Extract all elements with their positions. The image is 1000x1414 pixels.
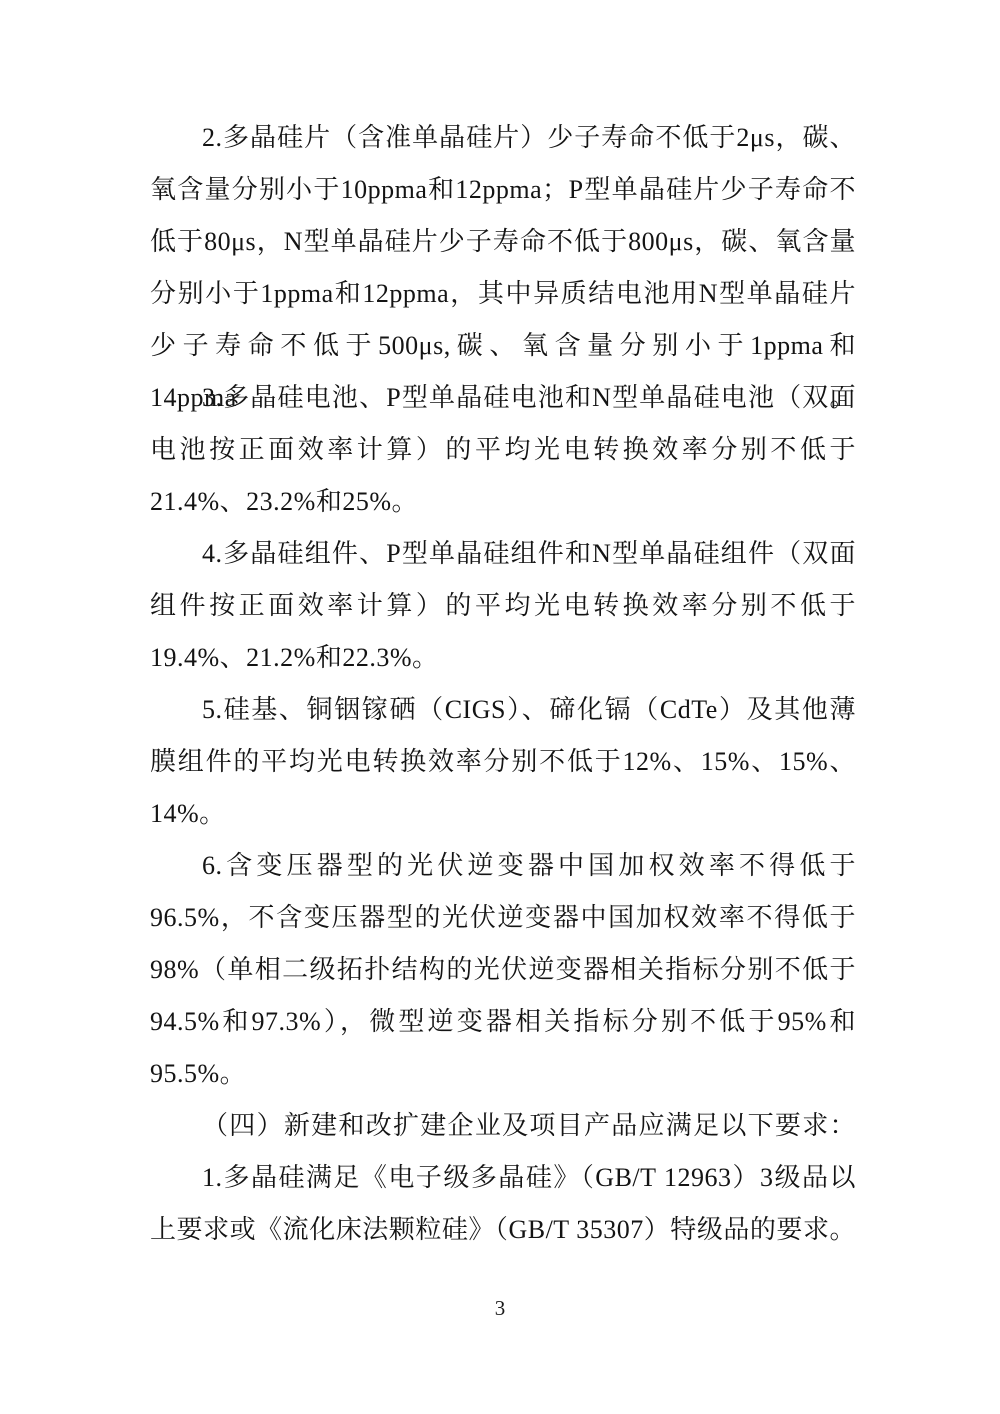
doc-line: 2.多晶硅片（含准单晶硅片）少子寿命不低于2μs，碳、 bbox=[150, 112, 856, 164]
doc-line: 19.4%、21.2%和22.3%。 bbox=[150, 632, 856, 684]
document-page: 2.多晶硅片（含准单晶硅片）少子寿命不低于2μs，碳、 氧含量分别小于10ppm… bbox=[0, 0, 1000, 1414]
doc-line: 94.5%和97.3%），微型逆变器相关指标分别不低于95%和 bbox=[150, 996, 856, 1048]
doc-line: 14%。 bbox=[150, 788, 856, 840]
doc-line: 膜组件的平均光电转换效率分别不低于12%、15%、15%、 bbox=[150, 736, 856, 788]
doc-section-line: （四）新建和改扩建企业及项目产品应满足以下要求： bbox=[150, 1100, 856, 1152]
doc-line: 5.硅基、铜铟镓硒（CIGS）、碲化镉（CdTe）及其他薄 bbox=[150, 684, 856, 736]
document-body: 2.多晶硅片（含准单晶硅片）少子寿命不低于2μs，碳、 氧含量分别小于10ppm… bbox=[150, 112, 856, 1256]
doc-line: 少子寿命不低于500μs,碳、氧含量分别小于1ppma和14ppma。 bbox=[150, 320, 856, 372]
doc-line: 95.5%。 bbox=[150, 1048, 856, 1100]
doc-line: 21.4%、23.2%和25%。 bbox=[150, 476, 856, 528]
doc-line: 低于80μs，N型单晶硅片少子寿命不低于800μs，碳、氧含量 bbox=[150, 216, 856, 268]
doc-line: 96.5%，不含变压器型的光伏逆变器中国加权效率不得低于 bbox=[150, 892, 856, 944]
doc-line: 电池按正面效率计算）的平均光电转换效率分别不低于 bbox=[150, 424, 856, 476]
doc-line: 1.多晶硅满足《电子级多晶硅》（GB/T 12963）3级品以 bbox=[150, 1152, 856, 1204]
doc-line: 6.含变压器型的光伏逆变器中国加权效率不得低于 bbox=[150, 840, 856, 892]
doc-line: 氧含量分别小于10ppma和12ppma；P型单晶硅片少子寿命不 bbox=[150, 164, 856, 216]
doc-line: 4.多晶硅组件、P型单晶硅组件和N型单晶硅组件（双面 bbox=[150, 528, 856, 580]
doc-line: 3.多晶硅电池、P型单晶硅电池和N型单晶硅电池（双面 bbox=[150, 372, 856, 424]
doc-line: 组件按正面效率计算）的平均光电转换效率分别不低于 bbox=[150, 580, 856, 632]
doc-line: 98%（单相二级拓扑结构的光伏逆变器相关指标分别不低于 bbox=[150, 944, 856, 996]
doc-line: 上要求或《流化床法颗粒硅》（GB/T 35307）特级品的要求。 bbox=[150, 1204, 856, 1256]
page-number: 3 bbox=[0, 1293, 1000, 1323]
doc-line: 分别小于1ppma和12ppma，其中异质结电池用N型单晶硅片 bbox=[150, 268, 856, 320]
